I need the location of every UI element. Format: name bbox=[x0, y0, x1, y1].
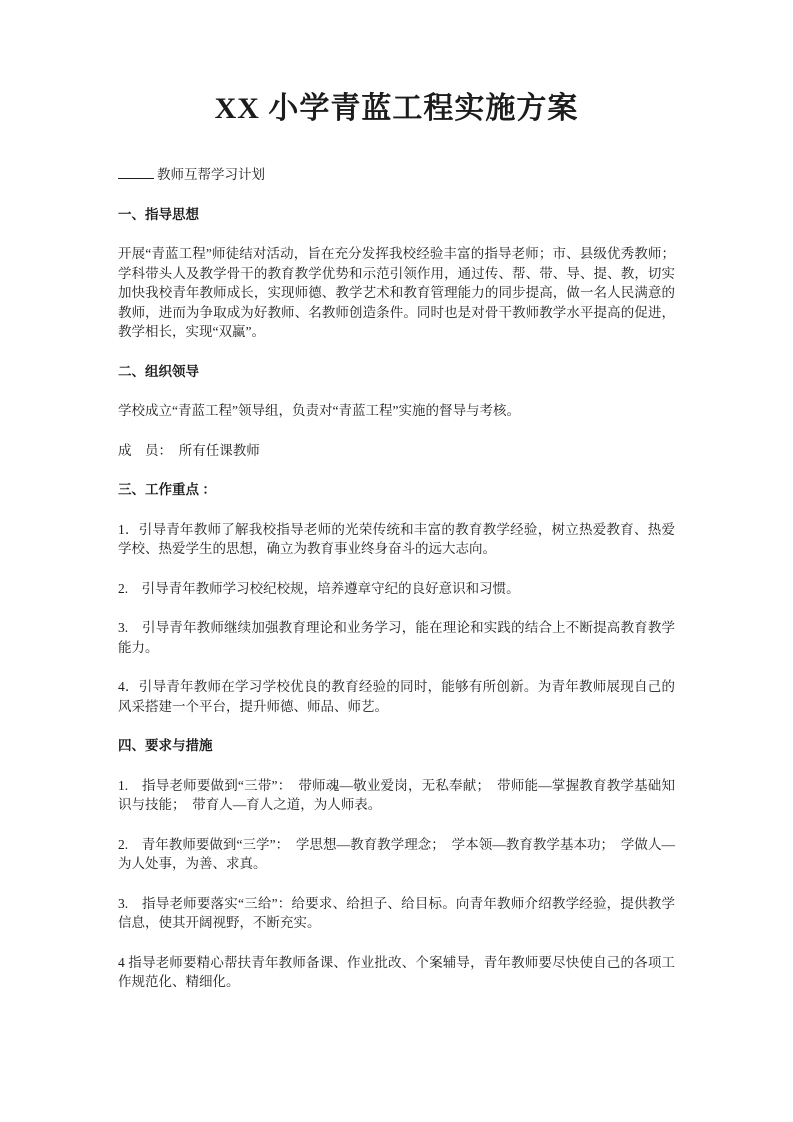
section-heading-work-focus: 三、工作重点 ： bbox=[118, 480, 675, 500]
list-item: 4．引导青年教师在学习学校优良的教育经验的同时，能够有所创新。为青年教师展现自己… bbox=[118, 677, 675, 716]
paragraph: 开展“青蓝工程”师徒结对活动，旨在充分发挥我校经验丰富的指导老师；市、县级优秀教… bbox=[118, 244, 675, 342]
paragraph-members: 成 员： 所有任课教师 bbox=[118, 441, 675, 461]
document-page: XX 小学青蓝工程实施方案 教师互帮学习计划 一、指导思想 开展“青蓝工程”师徒… bbox=[0, 0, 793, 1122]
paragraph: 学校成立“青蓝工程”领导组，负责对“青蓝工程”实施的督导与考核。 bbox=[118, 401, 675, 421]
section-heading-guiding-ideology: 一、指导思想 bbox=[118, 205, 675, 225]
document-title: XX 小学青蓝工程实施方案 bbox=[118, 90, 675, 128]
list-item: 1. 指导老师要做到“三带”： 带师魂—敬业爱岗，无私奉献； 带师能—掌握教育教… bbox=[118, 776, 675, 815]
subtitle-line: 教师互帮学习计划 bbox=[118, 164, 675, 185]
list-item: 4 指导老师要精心帮扶青年教师备课、作业批改、个案辅导，青年教师要尽快使自己的各… bbox=[118, 953, 675, 992]
subtitle-text: 教师互帮学习计划 bbox=[157, 167, 265, 182]
list-item: 2. 青年教师要做到“三学”： 学思想—教育教学理念； 学本领—教育教学基本功；… bbox=[118, 835, 675, 874]
list-item: 3. 指导老师要落实“三给”：给要求、给担子、给目标。向青年教师介绍教学经验，提… bbox=[118, 894, 675, 933]
list-item: 3. 引导青年教师继续加强教育理论和业务学习，能在理论和实践的结合上不断提高教育… bbox=[118, 618, 675, 657]
list-item: 2. 引导青年教师学习校纪校规，培养遵章守纪的良好意识和习惯。 bbox=[118, 579, 675, 599]
section-heading-requirements-measures: 四、要求与措施 bbox=[118, 736, 675, 756]
section-heading-organization-leadership: 二、组织领导 bbox=[118, 362, 675, 382]
fill-in-blank-underline bbox=[118, 164, 154, 179]
list-item: 1．引导青年教师了解我校指导老师的光荣传统和丰富的教育教学经验，树立热爱教育、热… bbox=[118, 520, 675, 559]
